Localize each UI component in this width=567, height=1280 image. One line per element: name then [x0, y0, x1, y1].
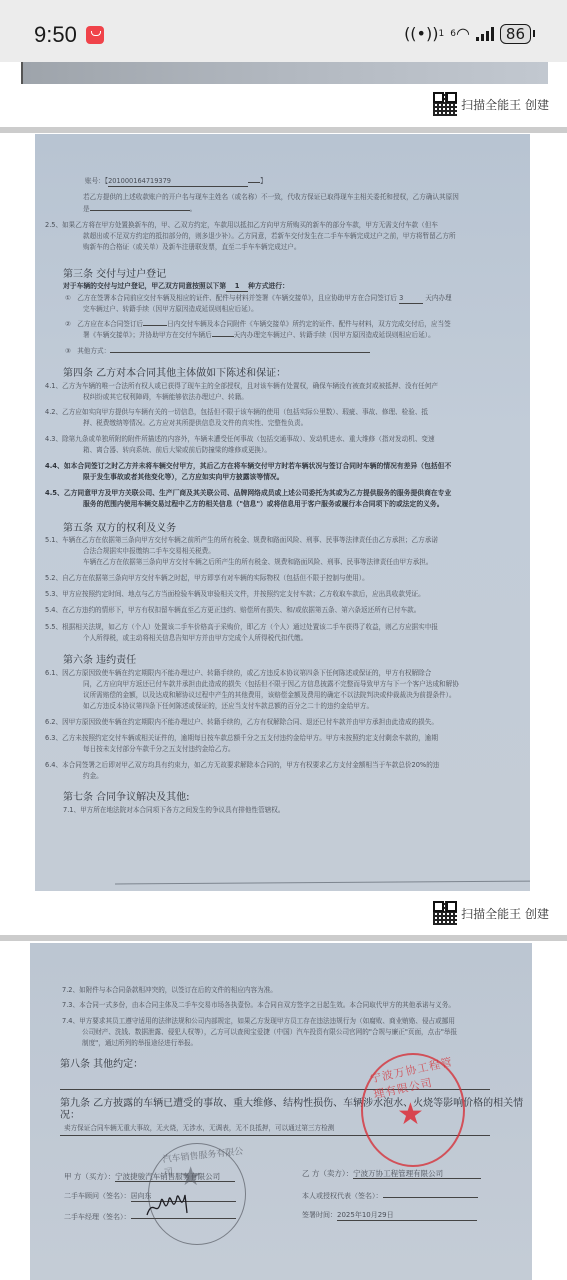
article-7-title: 第七条 合同争议解决及其他: — [63, 788, 190, 803]
clock: 9:50 — [34, 22, 77, 48]
article-4-title: 第四条 乙方对本合同其他主体做如下陈述和保证： — [63, 364, 286, 379]
nfc-icon: ((•))1 — [404, 24, 444, 44]
scanner-watermark: 扫描全能王 创建 — [433, 901, 549, 925]
document-page-2[interactable]: 7.2、如附件与本合同条款相冲突的，以签订在后的文件的相应内容为准。 7.3、本… — [30, 943, 532, 1280]
article-5-title: 第五条 双方的权利及义务 — [63, 519, 176, 534]
account-line: 账号：【201000164719379】 — [85, 177, 267, 187]
app-notification-icon — [86, 26, 104, 44]
party-b-field: 乙 方（卖方）：宁波万协工程管理有限公司 — [302, 1169, 481, 1179]
article-8-title: 第八条 其他约定： — [60, 1055, 143, 1070]
paper-fold-line — [115, 881, 530, 885]
status-bar: 9:50 ((•))1 6◠ 86 — [0, 0, 567, 62]
status-icons: ((•))1 6◠ 86 — [404, 22, 531, 46]
previous-page-image — [21, 62, 548, 84]
star-icon: ★ — [397, 1097, 424, 1132]
wifi-icon: 6◠ — [450, 24, 470, 44]
scanner-watermark: 扫描全能王 创建 — [433, 92, 549, 116]
page-separator — [0, 127, 567, 133]
company-seal-red: 宁波万协工程管理有限公司 ★ — [361, 1053, 465, 1167]
page-separator — [0, 935, 567, 941]
handwritten-signature — [145, 1189, 205, 1219]
star-icon: ★ — [179, 1162, 202, 1192]
article-6-title: 第六条 违约责任 — [63, 651, 136, 666]
qr-code-icon — [433, 901, 457, 925]
battery-icon: 86 — [500, 24, 531, 44]
document-page-1[interactable]: 账号：【201000164719379】 若乙方提供的上述收款账户的开户名与现车… — [35, 134, 530, 891]
representative-signature-field: 本人或授权代表（签名）： — [302, 1192, 478, 1201]
qr-code-icon — [433, 92, 457, 116]
article-9-value: 卖方保证合同车辆无重大事故，无火烧，无涉水，无调表，无不良抵押，可以通过第三方检… — [64, 1124, 334, 1133]
article-3-title: 第三条 交付与过户登记 — [63, 265, 166, 280]
cell-signal-icon — [476, 27, 494, 41]
signing-date-field: 签署时间：2025年10月29日 — [302, 1211, 477, 1221]
